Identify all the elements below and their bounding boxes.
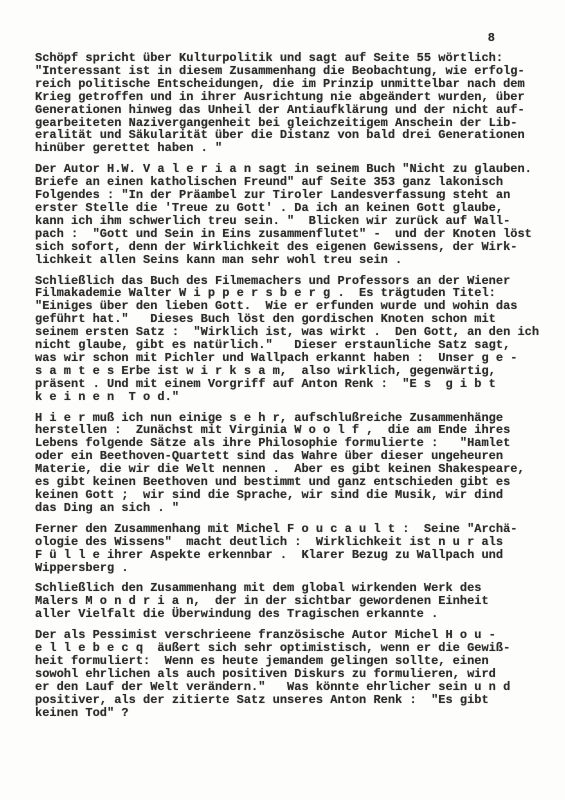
paragraph-valerian: Der Autor H.W. V a l e r i a n sagt in s… (35, 163, 549, 266)
paragraph-houellebecq: Der als Pessimist verschrieene französis… (35, 629, 549, 719)
typewritten-text: Schöpf spricht über Kulturpolitik und sa… (0, 45, 565, 720)
paragraph-mondrian: Schließlich den Zusammenhang mit dem glo… (35, 582, 549, 621)
paragraph-wippersberg: Schließlich das Buch des Filmemachers un… (35, 275, 549, 404)
page-number: 8 (0, 0, 565, 45)
paragraph-schoepf-kulturpolitik: Schöpf spricht über Kulturpolitik und sa… (35, 52, 549, 155)
document-page: 8 Schöpf spricht über Kulturpolitik und … (0, 0, 565, 800)
paragraph-virginia-woolf: H i e r muß ich nun einige s e h r, aufs… (35, 412, 549, 515)
paragraph-foucault: Ferner den Zusammenhang mit Michel F o u… (35, 523, 549, 575)
